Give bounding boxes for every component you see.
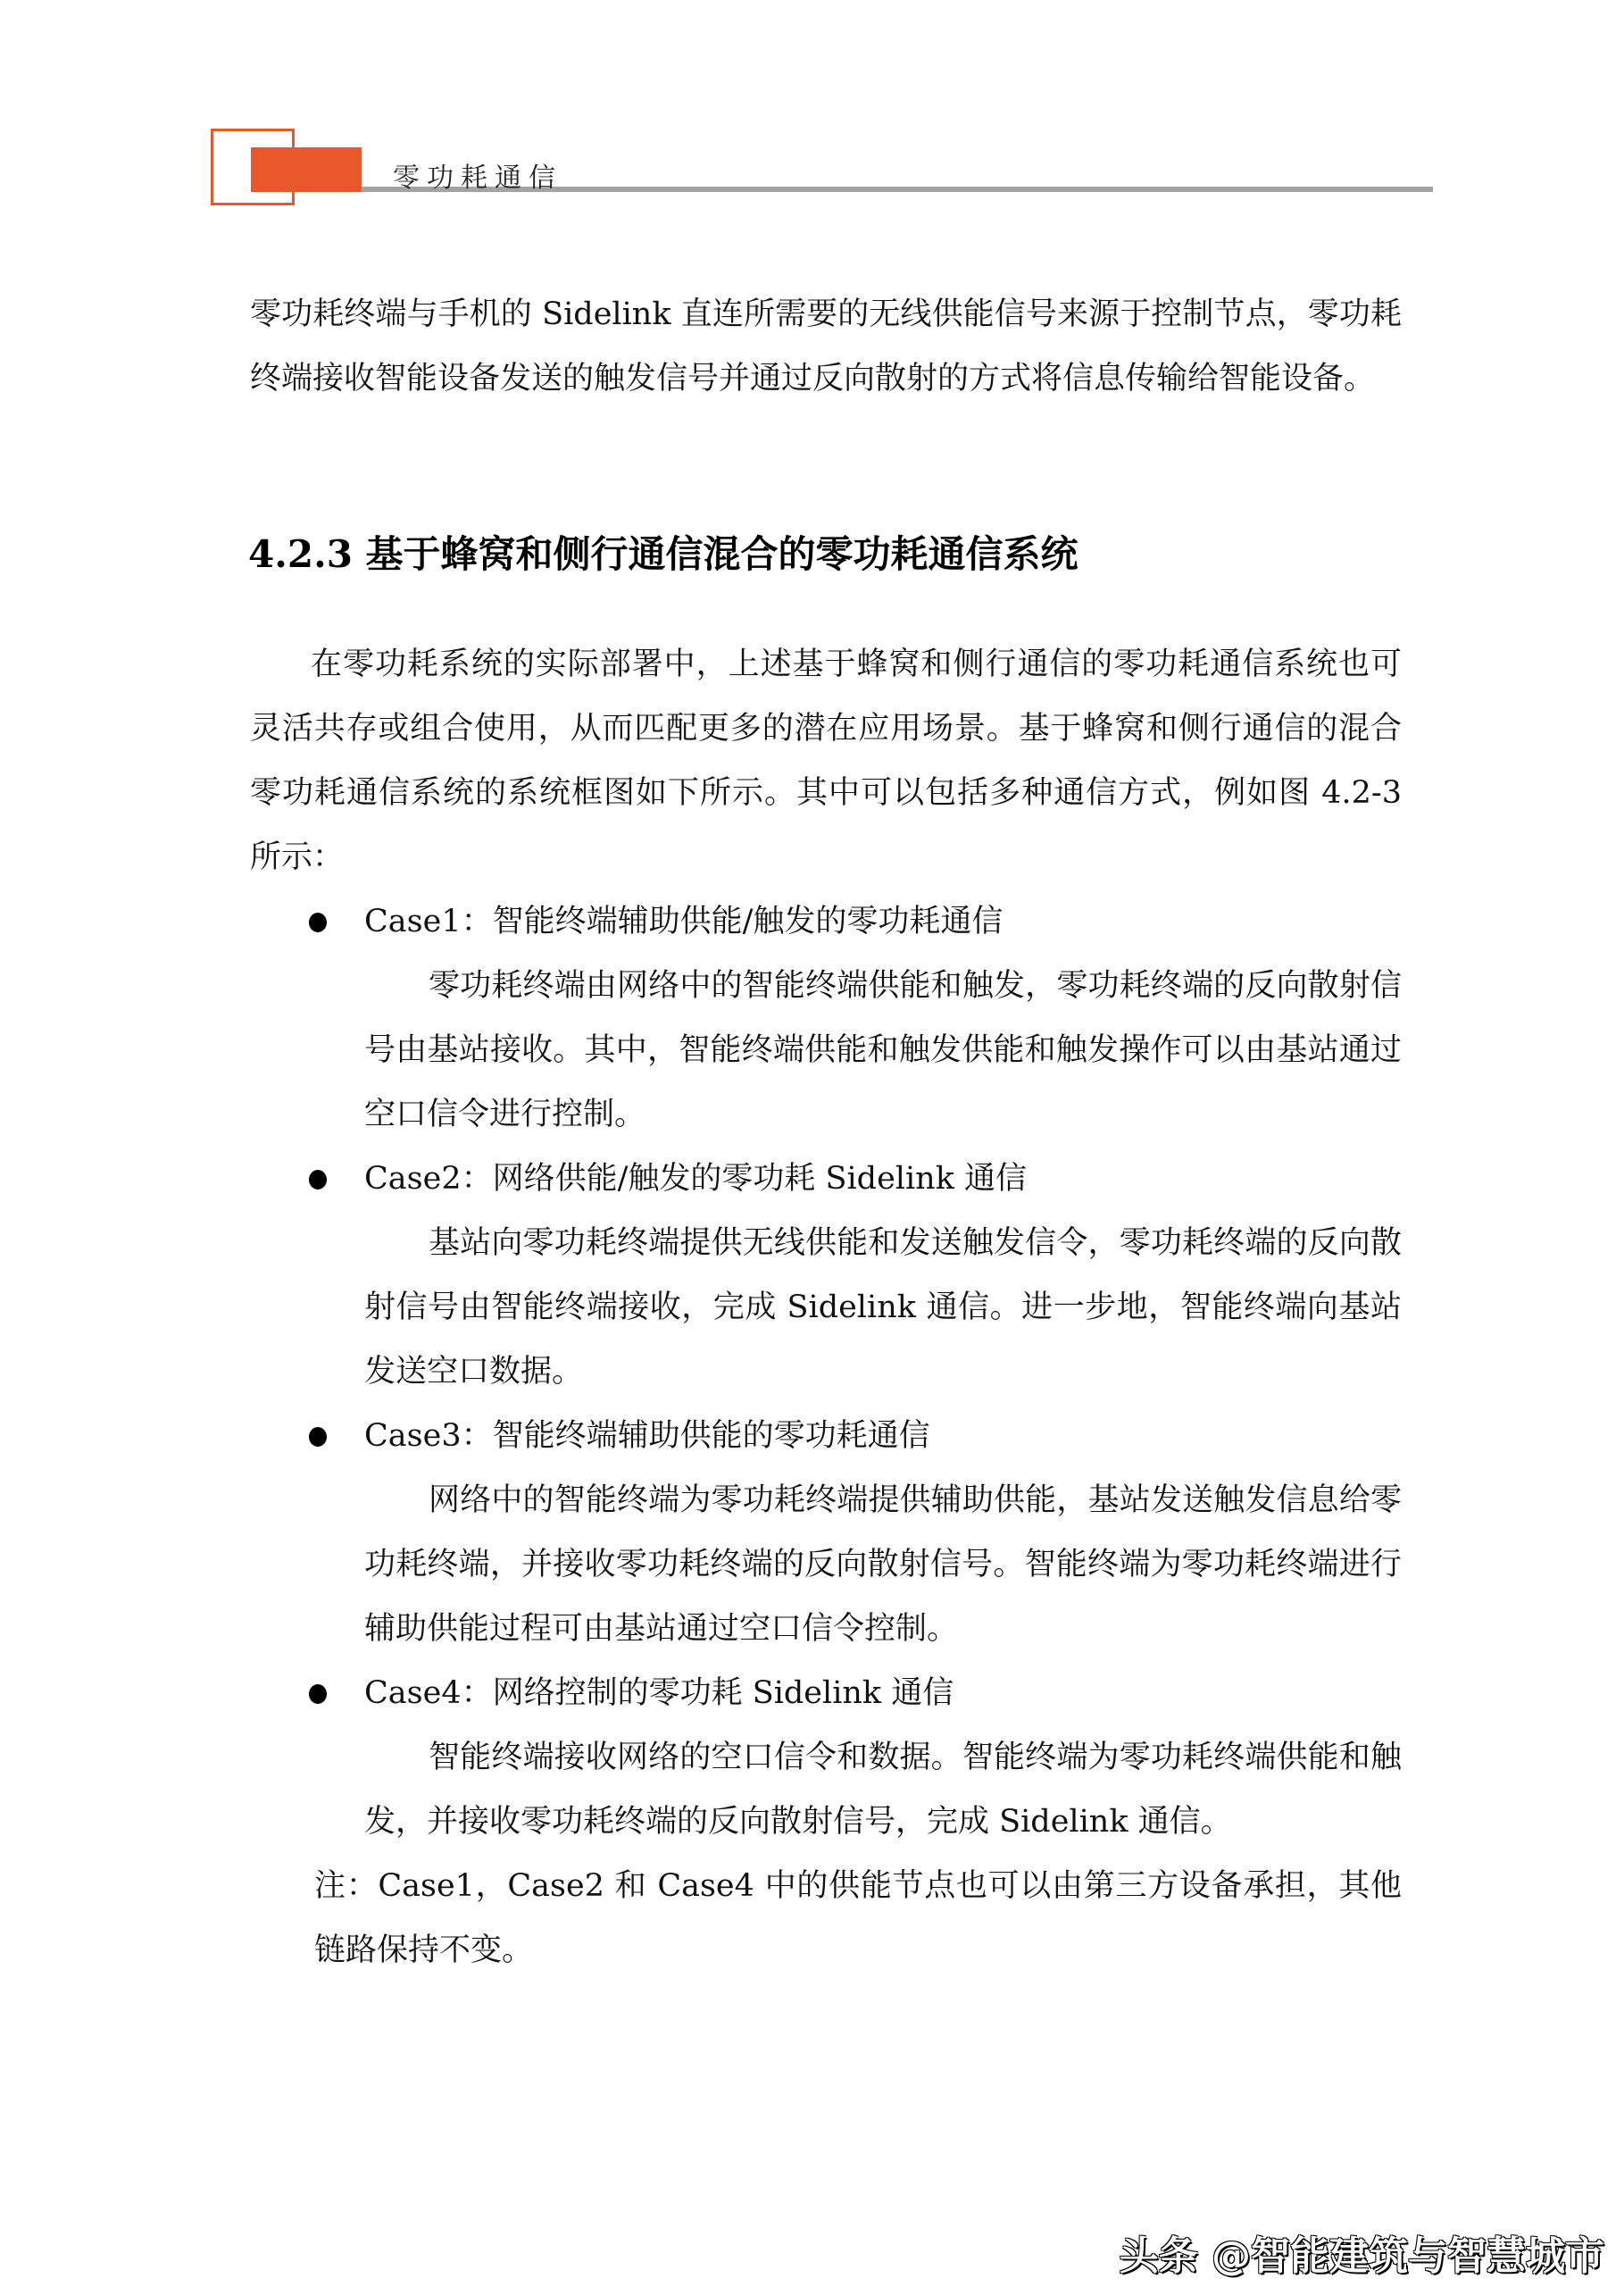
case-title: Case1：智能终端辅助供能/触发的零功耗通信 [364, 904, 1003, 939]
case-title: Case4：网络控制的零功耗 Sidelink 通信 [364, 1675, 954, 1711]
bullet-icon [309, 913, 327, 932]
case-list: Case1：智能终端辅助供能/触发的零功耗通信 零功耗终端由网络中的智能终端供能… [250, 889, 1402, 1854]
header-accent-block [251, 147, 362, 192]
intro-block: 零功耗终端与手机的 Sidelink 直连所需要的无线供能信号来源于控制节点，零… [250, 282, 1402, 411]
case-body: 网络中的智能终端为零功耗终端提供辅助供能，基站发送触发信息给零功耗终端，并接收零… [364, 1468, 1402, 1661]
section-heading: 4.2.3 基于蜂窝和侧行通信混合的零功耗通信系统 [248, 525, 1079, 579]
running-title: 零功耗通信 [393, 155, 562, 195]
case-title: Case3：智能终端辅助供能的零功耗通信 [364, 1418, 930, 1454]
case-body: 智能终端接收网络的空口信令和数据。智能终端为零功耗终端供能和触发，并接收零功耗终… [364, 1725, 1402, 1854]
note-paragraph: 注：Case1，Case2 和 Case4 中的供能节点也可以由第三方设备承担，… [314, 1854, 1402, 1982]
case-item: Case3：智能终端辅助供能的零功耗通信 网络中的智能终端为零功耗终端提供辅助供… [250, 1404, 1402, 1661]
case-body: 基站向零功耗终端提供无线供能和发送触发信令，零功耗终端的反向散射信号由智能终端接… [364, 1211, 1402, 1404]
bullet-icon [309, 1427, 327, 1447]
intro-paragraph: 零功耗终端与手机的 Sidelink 直连所需要的无线供能信号来源于控制节点，零… [250, 282, 1402, 411]
case-item: Case4：网络控制的零功耗 Sidelink 通信 智能终端接收网络的空口信令… [250, 1661, 1402, 1854]
bullet-icon [309, 1684, 327, 1704]
section-body: 在零功耗系统的实际部署中，上述基于蜂窝和侧行通信的零功耗通信系统也可灵活共存或组… [250, 632, 1402, 1982]
section-paragraph: 在零功耗系统的实际部署中，上述基于蜂窝和侧行通信的零功耗通信系统也可灵活共存或组… [250, 632, 1402, 889]
case-body: 零功耗终端由网络中的智能终端供能和触发，零功耗终端的反向散射信号由基站接收。其中… [364, 954, 1402, 1147]
bullet-icon [309, 1170, 327, 1189]
watermark: 头条 @智能建筑与智慧城市 [1120, 2224, 1604, 2281]
case-item: Case1：智能终端辅助供能/触发的零功耗通信 零功耗终端由网络中的智能终端供能… [250, 889, 1402, 1147]
case-title: Case2：网络供能/触发的零功耗 Sidelink 通信 [364, 1161, 1027, 1197]
case-item: Case2：网络供能/触发的零功耗 Sidelink 通信 基站向零功耗终端提供… [250, 1147, 1402, 1404]
